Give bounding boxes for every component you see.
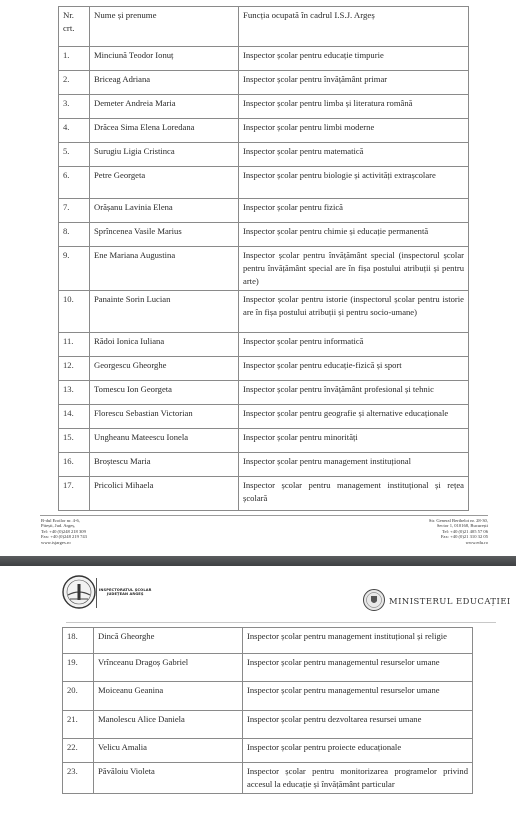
footer-line-text: www.edu.ro — [429, 540, 488, 545]
row-number: 19. — [63, 654, 94, 682]
position-title: Inspector școlar pentru biologie și acti… — [239, 167, 469, 199]
position-title: Inspector școlar pentru minorități — [239, 429, 469, 453]
page-2-top-rule — [66, 622, 496, 623]
person-name: Moiceanu Geanina — [94, 682, 243, 711]
person-name: Briceag Adriana — [90, 71, 239, 95]
table-row: 12.Georgescu GheorgheInspector școlar pe… — [59, 357, 469, 381]
person-name: Drăcea Sima Elena Loredana — [90, 119, 239, 143]
table-row: 18.Dincă GheorgheInspector școlar pentru… — [63, 628, 473, 654]
person-name: Broștescu Maria — [90, 453, 239, 477]
position-title: Inspector școlar pentru proiecte educați… — [243, 739, 473, 763]
position-title: Inspector școlar pentru matematică — [239, 143, 469, 167]
footer-address-ministry: Str. General Berthelot nr. 28-30,Sector … — [429, 518, 488, 545]
row-number: 5. — [59, 143, 90, 167]
footer-divider — [40, 515, 488, 516]
person-name: Ungheanu Mateescu Ionela — [90, 429, 239, 453]
person-name: Rădoi Ionica Iuliana — [90, 333, 239, 357]
row-number: 18. — [63, 628, 94, 654]
row-number: 3. — [59, 95, 90, 119]
position-title: Inspector școlar pentru învățământ speci… — [239, 247, 469, 291]
table-header-row: Nr. crt. Nume și prenume Funcția ocupată… — [59, 7, 469, 47]
row-number: 9. — [59, 247, 90, 291]
position-title: Inspector școlar pentru management insti… — [239, 453, 469, 477]
row-number: 4. — [59, 119, 90, 143]
row-number: 15. — [59, 429, 90, 453]
row-number: 12. — [59, 357, 90, 381]
inspectors-table-page-2: 18.Dincă GheorgheInspector școlar pentru… — [62, 627, 473, 794]
table-row: 20.Moiceanu GeaninaInspector școlar pent… — [63, 682, 473, 711]
table-row: 7.Orășanu Lavinia ElenaInspector școlar … — [59, 199, 469, 223]
table-row: 23.Păvăloiu VioletaInspector școlar pent… — [63, 763, 473, 794]
table-row: 16.Broștescu MariaInspector școlar pentr… — [59, 453, 469, 477]
table-row: 4.Drăcea Sima Elena LoredanaInspector șc… — [59, 119, 469, 143]
person-name: Petre Georgeta — [90, 167, 239, 199]
person-name: Ene Mariana Augustina — [90, 247, 239, 291]
person-name: Dincă Gheorghe — [94, 628, 243, 654]
table-row: 17.Pricolici MihaelaInspector școlar pen… — [59, 477, 469, 511]
row-number: 22. — [63, 739, 94, 763]
position-title: Inspector școlar pentru management insti… — [243, 628, 473, 654]
person-name: Demeter Andreia Maria — [90, 95, 239, 119]
inspectors-table-page-1: Nr. crt. Nume și prenume Funcția ocupată… — [58, 6, 469, 511]
ministry-coat-of-arms-icon — [363, 589, 385, 611]
footer-line-text: www.isjarges.ro — [41, 540, 87, 545]
person-name: Minciună Teodor Ionuț — [90, 47, 239, 71]
position-title: Inspector școlar pentru managementul res… — [243, 682, 473, 711]
person-name: Velicu Amalia — [94, 739, 243, 763]
person-name: Tomescu Ion Georgeta — [90, 381, 239, 405]
footer-address-isj: B-dul Eroilor nr. 4-6,Pitești, Jud. Arge… — [41, 518, 87, 545]
isj-arges-name: INSPECTORATUL ȘCOLARJUDEȚEAN ARGEȘ — [99, 588, 151, 597]
document-page-1: Nr. crt. Nume și prenume Funcția ocupată… — [0, 0, 516, 556]
person-name: Georgescu Gheorghe — [90, 357, 239, 381]
row-number: 21. — [63, 711, 94, 739]
page-separator — [0, 556, 516, 566]
table-row: 14.Florescu Sebastian VictorianInspector… — [59, 405, 469, 429]
logo-separator — [96, 578, 97, 608]
position-title: Inspector școlar pentru limba și literat… — [239, 95, 469, 119]
person-name: Vrînceanu Dragoș Gabriel — [94, 654, 243, 682]
person-name: Manolescu Alice Daniela — [94, 711, 243, 739]
row-number: 16. — [59, 453, 90, 477]
header-nr: Nr. crt. — [59, 7, 90, 47]
position-title: Inspector școlar pentru învățământ profe… — [239, 381, 469, 405]
table-row: 11.Rădoi Ionica IulianaInspector școlar … — [59, 333, 469, 357]
table-row: 22.Velicu AmaliaInspector școlar pentru … — [63, 739, 473, 763]
person-name: Păvăloiu Violeta — [94, 763, 243, 794]
person-name: Sprîncenea Vasile Marius — [90, 223, 239, 247]
footer-line-text: Fax: +40 (0)248 219 743 — [41, 534, 87, 539]
row-number: 6. — [59, 167, 90, 199]
table-row: 1.Minciună Teodor IonuțInspector școlar … — [59, 47, 469, 71]
table-row: 2.Briceag AdrianaInspector școlar pentru… — [59, 71, 469, 95]
table-row: 5.Surugiu Ligia CristincaInspector școla… — [59, 143, 469, 167]
table-row: 19.Vrînceanu Dragoș GabrielInspector șco… — [63, 654, 473, 682]
row-number: 14. — [59, 405, 90, 429]
header-role: Funcția ocupată în cadrul I.S.J. Argeș — [239, 7, 469, 47]
person-name: Surugiu Ligia Cristinca — [90, 143, 239, 167]
row-number: 1. — [59, 47, 90, 71]
row-number: 17. — [59, 477, 90, 511]
row-number: 10. — [59, 291, 90, 333]
footer-line-text: JUDEȚEAN ARGEȘ — [99, 592, 151, 596]
row-number: 2. — [59, 71, 90, 95]
table-row: 8.Sprîncenea Vasile MariusInspector școl… — [59, 223, 469, 247]
table-row: 15.Ungheanu Mateescu IonelaInspector șco… — [59, 429, 469, 453]
position-title: Inspector școlar pentru informatică — [239, 333, 469, 357]
table-row: 6.Petre GeorgetaInspector școlar pentru … — [59, 167, 469, 199]
person-name: Pricolici Mihaela — [90, 477, 239, 511]
person-name: Florescu Sebastian Victorian — [90, 405, 239, 429]
table-row: 9.Ene Mariana AugustinaInspector școlar … — [59, 247, 469, 291]
position-title: Inspector școlar pentru dezvoltarea resu… — [243, 711, 473, 739]
row-number: 7. — [59, 199, 90, 223]
table-row: 10.Panainte Sorin LucianInspector școlar… — [59, 291, 469, 333]
position-title: Inspector școlar pentru chimie și educaț… — [239, 223, 469, 247]
position-title: Inspector școlar pentru management insti… — [239, 477, 469, 511]
person-name: Orășanu Lavinia Elena — [90, 199, 239, 223]
row-number: 11. — [59, 333, 90, 357]
position-title: Inspector școlar pentru monitorizarea pr… — [243, 763, 473, 794]
position-title: Inspector școlar pentru educație timpuri… — [239, 47, 469, 71]
row-number: 20. — [63, 682, 94, 711]
row-number: 23. — [63, 763, 94, 794]
ministry-name: MINISTERUL EDUCAȚIEI — [389, 596, 511, 606]
row-number: 13. — [59, 381, 90, 405]
position-title: Inspector școlar pentru învățământ prima… — [239, 71, 469, 95]
position-title: Inspector școlar pentru managementul res… — [243, 654, 473, 682]
position-title: Inspector școlar pentru educație-fizică … — [239, 357, 469, 381]
isj-arges-seal-icon — [62, 575, 96, 609]
table-row: 21.Manolescu Alice DanielaInspector școl… — [63, 711, 473, 739]
position-title: Inspector școlar pentru limbi moderne — [239, 119, 469, 143]
table-row: 3.Demeter Andreia MariaInspector școlar … — [59, 95, 469, 119]
position-title: Inspector școlar pentru istorie (inspect… — [239, 291, 469, 333]
position-title: Inspector școlar pentru fizică — [239, 199, 469, 223]
row-number: 8. — [59, 223, 90, 247]
position-title: Inspector școlar pentru geografie și alt… — [239, 405, 469, 429]
header-name: Nume și prenume — [90, 7, 239, 47]
person-name: Panainte Sorin Lucian — [90, 291, 239, 333]
table-row: 13.Tomescu Ion GeorgetaInspector școlar … — [59, 381, 469, 405]
